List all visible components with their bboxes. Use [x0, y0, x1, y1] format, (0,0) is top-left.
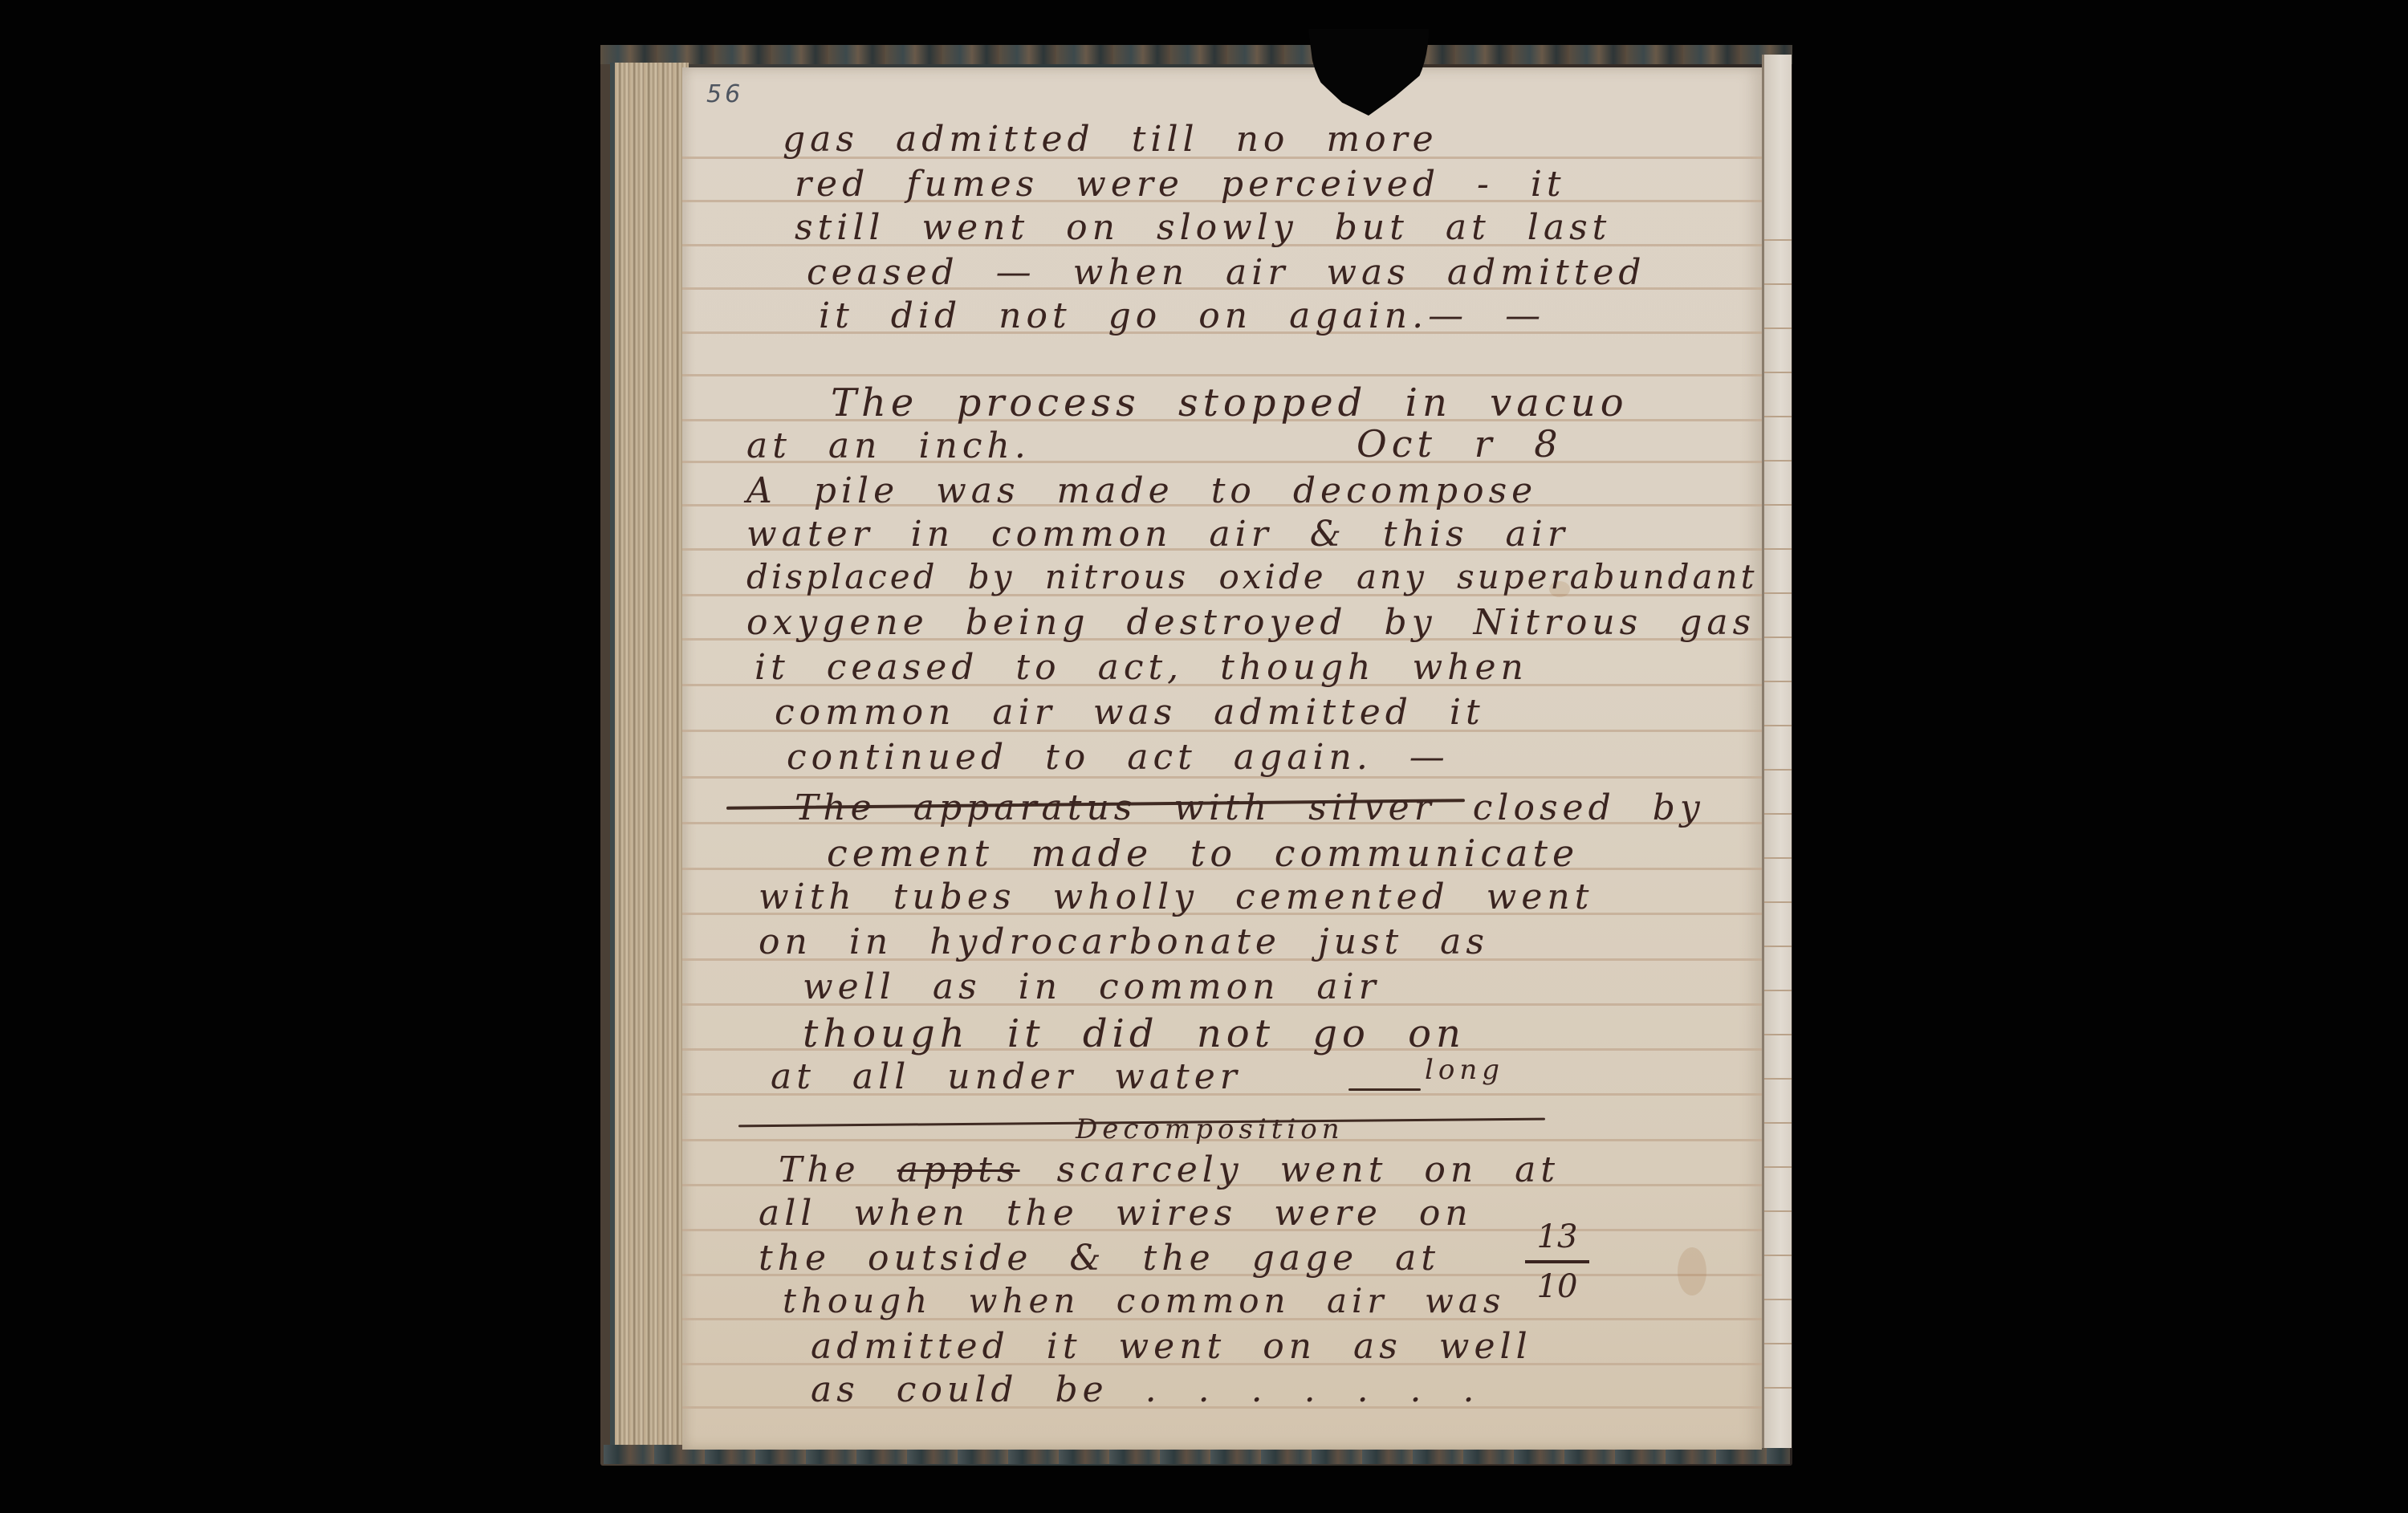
handwritten-line: as could be . . . . . . . [811, 1373, 1479, 1408]
page-number: 56 [706, 80, 743, 108]
rule-line [1764, 1255, 1792, 1256]
handwritten-line: admitted it went on as well [811, 1329, 1532, 1365]
rule-line [1764, 504, 1792, 506]
handwritten-line: oxygene being destroyed by Nitrous gas [746, 605, 1755, 641]
date-note: Oct r 8 [1357, 425, 1562, 462]
line-prefix: The [779, 1149, 860, 1190]
handwritten-line: displaced by nitrous oxide any superabun… [746, 560, 1757, 594]
handwritten-line: though it did not go on [803, 1015, 1466, 1053]
rule-line [1764, 1387, 1792, 1389]
handwritten-line: it ceased to act, though when [755, 650, 1528, 685]
line-suffix: scarcely went on at [1057, 1149, 1560, 1190]
handwritten-line: still went on slowly but at last [795, 210, 1611, 246]
photo-background: 56 gas admitted till no more red fumes w… [0, 0, 2408, 1513]
handwritten-line: water in common air & this air [746, 517, 1569, 552]
rule-line [1764, 283, 1792, 285]
handwritten-line: A pile was made to decompose [746, 474, 1537, 509]
underline-stroke [1348, 1088, 1421, 1091]
handwritten-line: continued to act again. — [787, 740, 1450, 775]
rule-line [1764, 592, 1792, 594]
adjacent-page-flap [1762, 55, 1792, 1448]
handwritten-line: on in hydrocarbonate just as [759, 925, 1489, 960]
rule-line [1764, 239, 1792, 241]
handwritten-line: at an inch. [746, 429, 1031, 464]
rule-line [1764, 460, 1792, 462]
rule-line [1764, 990, 1792, 991]
rule-line [1764, 1210, 1792, 1212]
rule-line [1764, 901, 1792, 903]
rule-line [1764, 548, 1792, 550]
fraction-numerator: 13 [1529, 1218, 1585, 1255]
handwritten-line: with tubes wholly cemented went [759, 880, 1593, 915]
handwritten-line: common air was admitted it [775, 695, 1485, 730]
handwritten-line: The appts scarcely went on at [779, 1153, 1560, 1188]
rule-line [1764, 1343, 1792, 1344]
rule-line [1764, 681, 1792, 682]
margin-note: long [1425, 1056, 1504, 1084]
handwritten-line: at all under water [771, 1060, 1242, 1095]
rule-line [1764, 946, 1792, 947]
fraction-bar [1525, 1260, 1589, 1263]
rule-line [1764, 813, 1792, 815]
handwritten-line: cement made to communicate [827, 835, 1579, 872]
rule-line [1764, 769, 1792, 771]
rule-line [682, 374, 1762, 376]
rule-line [1764, 1166, 1792, 1168]
rule-line [1764, 1122, 1792, 1124]
cover-marbled-edge-top [600, 45, 1792, 64]
rule-line [1764, 1078, 1792, 1080]
handwritten-line: well as in common air [803, 970, 1381, 1005]
rule-line [1764, 416, 1792, 417]
handwritten-line: red fumes were perceived - it [795, 167, 1566, 202]
rule-line [1764, 1299, 1792, 1300]
fraction-denominator: 10 [1529, 1268, 1585, 1305]
rule-line [1764, 725, 1792, 726]
inserted-word: Decomposition [1076, 1116, 1344, 1143]
paper-stain [1678, 1247, 1706, 1295]
handwritten-line: gas admitted till no more [783, 122, 1438, 157]
handwritten-line: though when common air was [783, 1284, 1505, 1318]
rule-line [1764, 857, 1792, 859]
handwritten-line: The process stopped in vacuo [831, 384, 1629, 422]
handwritten-line: the outside & the gage at [759, 1241, 1440, 1276]
page-stack-edges [610, 63, 689, 1445]
handwritten-line: ceased — when air was admitted [807, 255, 1646, 291]
handwritten-line: it did not go on again.— — [819, 299, 1545, 334]
handwritten-line: all when the wires were on [759, 1196, 1473, 1231]
rule-line [1764, 327, 1792, 329]
rule-line [1764, 1034, 1792, 1035]
handwritten-line: The apparatus with silver closed by [795, 791, 1705, 826]
struck-word: appts [897, 1149, 1020, 1190]
rule-line [1764, 372, 1792, 373]
rule-line [1764, 637, 1792, 638]
